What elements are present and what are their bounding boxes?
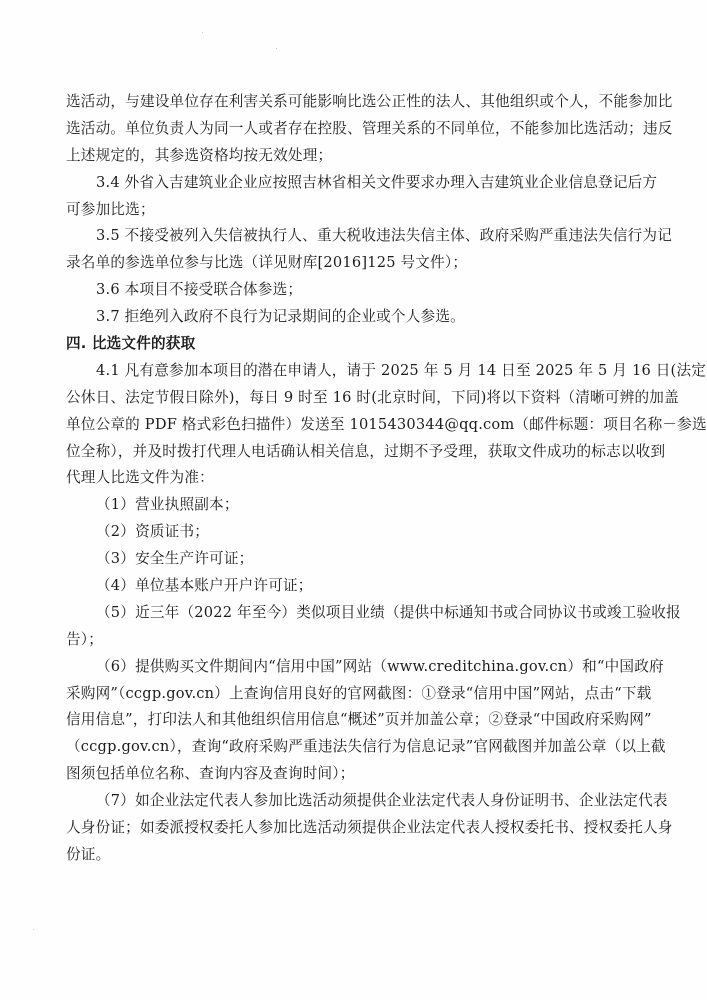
paragraph-line: 份证。 <box>66 842 644 869</box>
list-item-5: （5）近三年（2022 年至今）类似项目业绩（提供中标通知书或合同协议书或竣工验… <box>66 600 644 627</box>
paragraph-line: 采购网”（ccgp.gov.cn）上查询信用良好的官网截图：①登录“信用中国”网… <box>66 681 644 708</box>
clause-4-1: 4.1 凡有意参加本项目的潜在申请人，请于 2025 年 5 月 14 日至 2… <box>66 358 644 385</box>
paragraph-line: 信用信息”，打印法人和其他组织信用信息“概述”页并加盖公章；②登录“中国政府采购… <box>66 707 644 734</box>
clause-3-7: 3.7 拒绝列入政府不良行为记录期间的企业或个人参选。 <box>66 304 644 331</box>
paragraph-line: 上述规定的，其参选资格均按无效处理； <box>66 143 644 170</box>
clause-3-5: 3.5 不接受被列入失信被执行人、重大税收违法失信主体、政府采购严重违法失信行为… <box>66 223 644 250</box>
paragraph-line: （ccgp.gov.cn），查询“政府采购严重违法失信行为信息记录”官网截图并加… <box>66 734 644 761</box>
clause-3-4: 3.4 外省入吉建筑业企业应按照吉林省相关文件要求办理入吉建筑业企业信息登记后方 <box>66 170 644 197</box>
list-item-7: （7）如企业法定代表人参加比选活动须提供企业法定代表人身份证明书、企业法定代表 <box>66 788 644 815</box>
document-page: 选活动，与建设单位存在利害关系可能影响比选公正性的法人、其他组织或个人，不能参加… <box>0 0 707 1000</box>
paragraph-line: 人身份证；如委派授权委托人参加比选活动须提供企业法定代表人授权委托书、授权委托人… <box>66 815 644 842</box>
paragraph-line: 公休日、法定节假日除外)，每日 9 时至 16 时(北京时间，下同)将以下资料（… <box>66 385 644 412</box>
document-body: 选活动，与建设单位存在利害关系可能影响比选公正性的法人、其他组织或个人，不能参加… <box>66 89 644 869</box>
list-item-4: （4）单位基本账户开户许可证； <box>66 573 644 600</box>
paragraph-line: 位全称），并及时拨打代理人电话确认相关信息，过期不予受理，获取文件成功的标志以收… <box>66 439 644 466</box>
clause-3-6: 3.6 本项目不接受联合体参选； <box>66 277 644 304</box>
list-item-6: （6）提供购买文件期间内“信用中国”网站（www.creditchina.gov… <box>66 654 644 681</box>
paragraph-line: 告）； <box>66 627 644 654</box>
scan-speck <box>202 32 203 33</box>
paragraph-line: 选活动，与建设单位存在利害关系可能影响比选公正性的法人、其他组织或个人，不能参加… <box>66 89 644 116</box>
paragraph-line: 录名单的参选单位参与比选（详见财库[2016]125 号文件）； <box>66 250 644 277</box>
paragraph-line-email: 单位公章的 PDF 格式彩色扫描件）发送至 1015430344@qq.com（… <box>66 412 644 439</box>
list-item-1: （1）营业执照副本； <box>66 492 644 519</box>
list-item-2: （2）资质证书； <box>66 519 644 546</box>
paragraph-line: 代理人比选文件为准： <box>66 465 644 492</box>
section-heading-4: 四. 比选文件的获取 <box>66 331 644 358</box>
paragraph-line: 选活动。单位负责人为同一人或者存在控股、管理关系的不同单位，不能参加比选活动；违… <box>66 116 644 143</box>
list-item-3: （3）安全生产许可证； <box>66 546 644 573</box>
paragraph-line: 图须包括单位名称、查询内容及查询时间）； <box>66 761 644 788</box>
scan-speck <box>276 48 277 49</box>
paragraph-line: 可参加比选； <box>66 197 644 224</box>
scan-speck <box>33 929 34 930</box>
